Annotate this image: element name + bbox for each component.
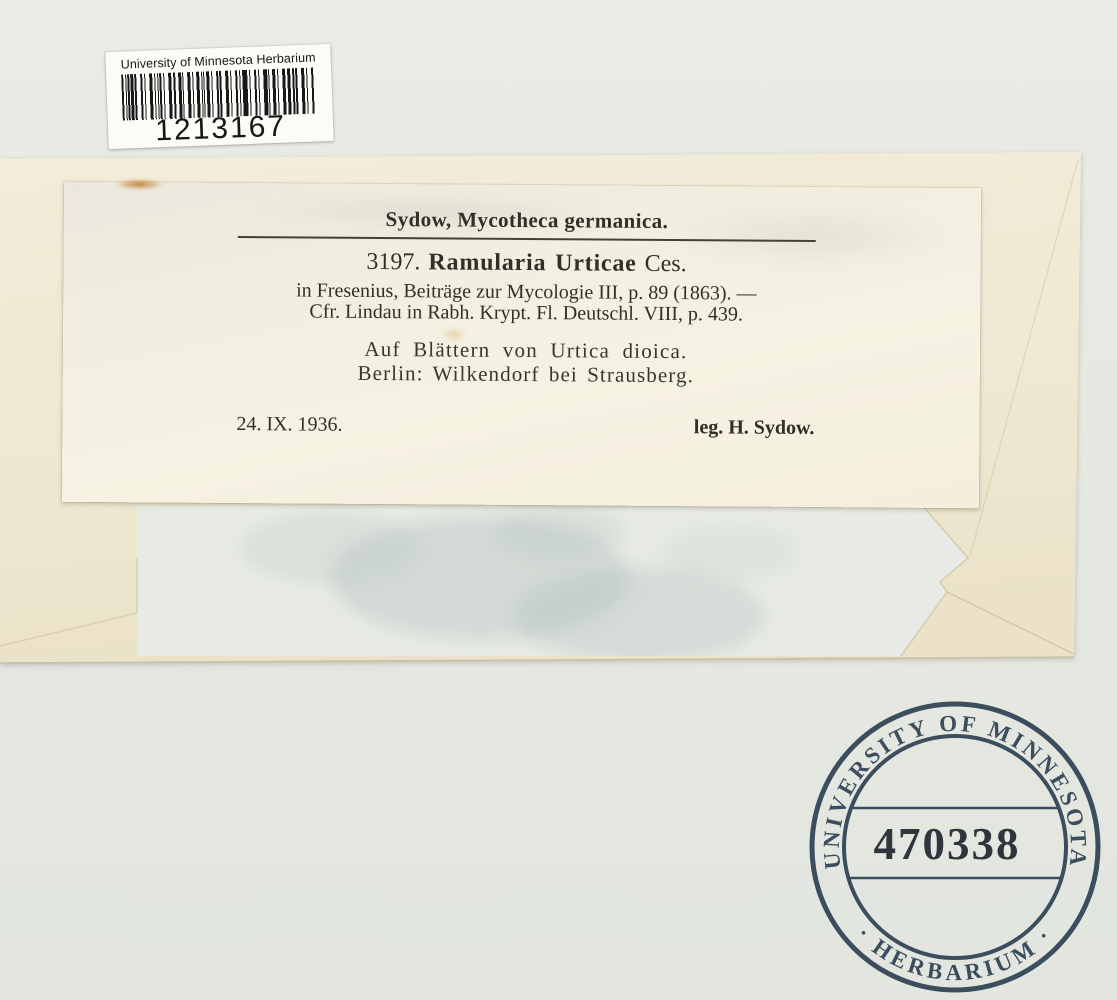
herbarium-specimen-photo: Sydow, Mycotheca germanica. 3197. Ramula… <box>0 0 1117 1000</box>
label-text-column: Sydow, Mycotheca germanica. 3197. Ramula… <box>236 183 816 507</box>
substrate-line: Auf Blättern von Urtica dioica. <box>237 337 815 363</box>
date-collector-row: 24. IX. 1936. leg. H. Sydow. <box>236 413 814 440</box>
collection-date: 24. IX. 1936. <box>236 413 342 437</box>
taxon-name: Ramularia Urticae <box>428 249 636 276</box>
locality-line: Berlin: Wilkendorf bei Strausberg. <box>237 361 815 387</box>
taxon-authority: Ces. <box>645 251 687 277</box>
citation-line-2: Cfr. Lindau in Rabh. Krypt. Fl. Deutschl… <box>237 301 815 326</box>
taxon-line: 3197. Ramularia Urticae Ces. <box>237 249 815 278</box>
accession-stamp: UNIVERSITY OF MINNESOTA · HERBARIUM · 47… <box>807 699 1103 995</box>
stamp-accession-number: 470338 <box>874 819 1021 869</box>
barcode-label: University of Minnesota Herbarium 121316… <box>105 44 333 149</box>
collector: leg. H. Sydow. <box>694 416 815 440</box>
packet-label: Sydow, Mycotheca germanica. 3197. Ramula… <box>62 182 981 508</box>
series-title: Sydow, Mycotheca germanica. <box>238 207 816 233</box>
collection-number: 3197. <box>366 249 420 275</box>
title-rule <box>238 236 816 242</box>
